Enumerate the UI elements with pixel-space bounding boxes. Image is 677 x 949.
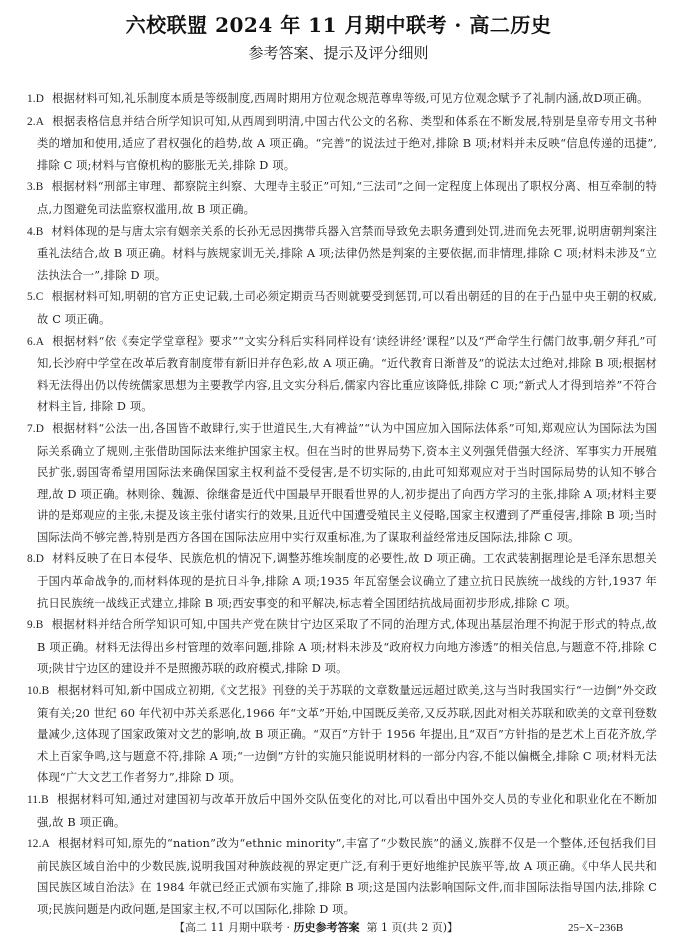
answer-explanation: 根据材料可知,新中国成立初期,《文艺报》刊登的关于苏联的文章数量远远超过欧美,这… [37,684,657,784]
answer-number: 9.B [27,619,43,631]
answer-item-6: 6.A根据材料“依《奏定学堂章程》要求”“文实分科后实科同样设有‘读经讲经’课程… [27,331,657,418]
footer-page-info: 【高二 11 月期中联考 · 历史参考答案 第 1 页(共 2 页)】 [174,920,458,936]
answer-choice: A [42,838,50,850]
answer-number: 4.B [27,226,43,238]
answer-explanation: 根据材料“依《奏定学堂章程》要求”“文实分科后实科同样设有‘读经讲经’课程”以及… [37,335,657,414]
answer-number: 6.A [27,336,44,348]
answer-choice: D [36,553,44,565]
answer-explanation: 根据材料并结合所学知识可知,中国共产党在陕甘宁边区采取了不同的治理方式,体现出基… [37,618,657,675]
document-title: 六校联盟 2024 年 11 月期中联考 · 高二历史 [0,12,677,38]
answer-item-8: 8.D材料反映了在日本侵华、民族危机的情况下,调整苏维埃制度的必要性,故 D 项… [27,548,657,614]
answer-number: 7.D [27,423,44,435]
answer-explanation: 根据表格信息并结合所学知识可知,从西周到明清,中国古代公文的名称、类型和体系在不… [37,115,657,172]
answer-item-3: 3.B根据材料“刑部主审理、都察院主纠察、大理寺主驳正”可知,“三法司”之间一定… [27,176,657,220]
answer-explanation: 根据材料可知,礼乐制度本质是等级制度,西周时期用方位观念规范尊卑等级,可见方位观… [52,92,649,105]
answer-item-5: 5.C根据材料可知,明朝的官方正史记载,土司必须定期贡马否则就要受到惩罚,可以看… [27,286,657,330]
answer-key-page: 六校联盟 2024 年 11 月期中联考 · 高二历史 参考答案、提示及评分细则… [0,0,677,949]
answer-item-10: 10.B根据材料可知,新中国成立初期,《文艺报》刊登的关于苏联的文章数量远远超过… [27,680,657,789]
answer-number: 3.B [27,181,43,193]
footer-document-code: 25−X−236B [568,920,623,936]
answer-choice: B [36,226,44,238]
answer-choice: B [42,685,50,697]
answer-choice: D [36,423,44,435]
answer-item-9: 9.B根据材料并结合所学知识可知,中国共产党在陕甘宁边区采取了不同的治理方式,体… [27,614,657,680]
answer-item-2: 2.A根据表格信息并结合所学知识可知,从西周到明清,中国古代公文的名称、类型和体… [27,111,657,177]
answer-number: 11.B [27,794,49,806]
answer-explanation: 根据材料可知,原先的“nation”改为“ethnic minority”,丰富… [37,837,657,916]
answer-explanation: 材料反映了在日本侵华、民族危机的情况下,调整苏维埃制度的必要性,故 D 项正确。… [37,552,657,609]
answer-number: 12.A [27,838,50,850]
answer-explanation: 材料体现的是与唐太宗有姻亲关系的长孙无忌因携带兵器入宫禁而导致免去职务遭到处罚,… [37,225,657,282]
answer-choice: B [41,794,49,806]
answer-item-11: 11.B根据材料可知,通过对建国初与改革开放后中国外交队伍变化的对比,可以看出中… [27,789,657,833]
answer-number: 2.A [27,116,44,128]
answer-choice: D [36,93,44,105]
answer-item-12: 12.A根据材料可知,原先的“nation”改为“ethnic minority… [27,833,657,920]
answer-number: 1.D [27,93,44,105]
answer-choice: C [36,291,44,303]
answer-choice: B [36,619,44,631]
answer-explanation: 根据材料可知,明朝的官方正史记载,土司必须定期贡马否则就要受到惩罚,可以看出朝廷… [37,290,657,326]
answer-item-1: 1.D根据材料可知,礼乐制度本质是等级制度,西周时期用方位观念规范尊卑等级,可见… [27,88,657,111]
answer-choice: A [36,336,44,348]
answer-item-7: 7.D根据材料“公法一出,各国皆不敢肆行,实于世道民生,大有裨益”“认为中国应加… [27,418,657,549]
answer-explanation: 根据材料“刑部主审理、都察院主纠察、大理寺主驳正”可知,“三法司”之间一定程度上… [37,180,657,216]
answer-choice: A [36,116,44,128]
document-subtitle: 参考答案、提示及评分细则 [0,42,677,64]
answer-number: 8.D [27,553,44,565]
answer-choice: B [36,181,44,193]
answer-number: 5.C [27,291,43,303]
answer-item-4: 4.B材料体现的是与唐太宗有姻亲关系的长孙无忌因携带兵器入宫禁而导致免去职务遭到… [27,221,657,287]
answer-explanation: 根据材料“公法一出,各国皆不敢肆行,实于世道民生,大有裨益”“认为中国应加入国际… [37,422,657,544]
answer-list: 1.D根据材料可知,礼乐制度本质是等级制度,西周时期用方位观念规范尊卑等级,可见… [27,88,657,921]
answer-number: 10.B [27,685,49,697]
answer-explanation: 根据材料可知,通过对建国初与改革开放后中国外交队伍变化的对比,可以看出中国外交人… [37,793,657,829]
